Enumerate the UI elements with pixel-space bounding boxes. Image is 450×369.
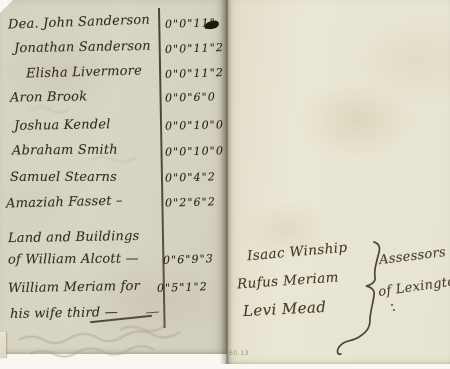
amount-cell: 0"0"6"0 [165,91,216,103]
entry-line: of William Alcott — [8,252,139,266]
amount-cell: 0"0"4"2 [165,171,216,183]
payer-name: Jonathan Sanderson [14,40,151,55]
amount-cell: 0"2"6"2 [165,196,216,208]
entry-line: William Meriam for [8,280,140,295]
amount-cell: 0"6"9"3 [163,253,214,266]
manuscript-photo: Dea. John Sanderson 0"0"11" Jonathan San… [0,0,450,369]
payer-name: Samuel Stearns [10,171,117,184]
payer-name: Joshua Kendel [14,118,111,133]
payer-name: Amaziah Fasset – [6,194,123,210]
signature: Levi Mead [243,300,327,319]
page-gutter [220,0,232,364]
torn-edge [0,332,6,358]
amount-cell: 0"0"11"2 [165,67,224,80]
amount-cell: 0"0"10"0 [165,119,224,132]
amount-cell: 0"0"10"0 [165,145,224,158]
amount-cell: 0"5"1"2 [157,281,208,294]
payer-name: Abraham Smith [12,144,118,158]
flourish-dots [391,304,393,306]
entry-line: his wife third — [10,306,118,321]
page-corner [0,0,13,13]
payer-name: Aron Brook [10,90,87,104]
pencil-note: 60.13 [229,350,249,357]
payer-name: Elisha Livermore [26,64,142,80]
amount-cell: 0"0"11"2 [165,42,224,55]
entry-line: Land and Buildings [8,230,140,245]
